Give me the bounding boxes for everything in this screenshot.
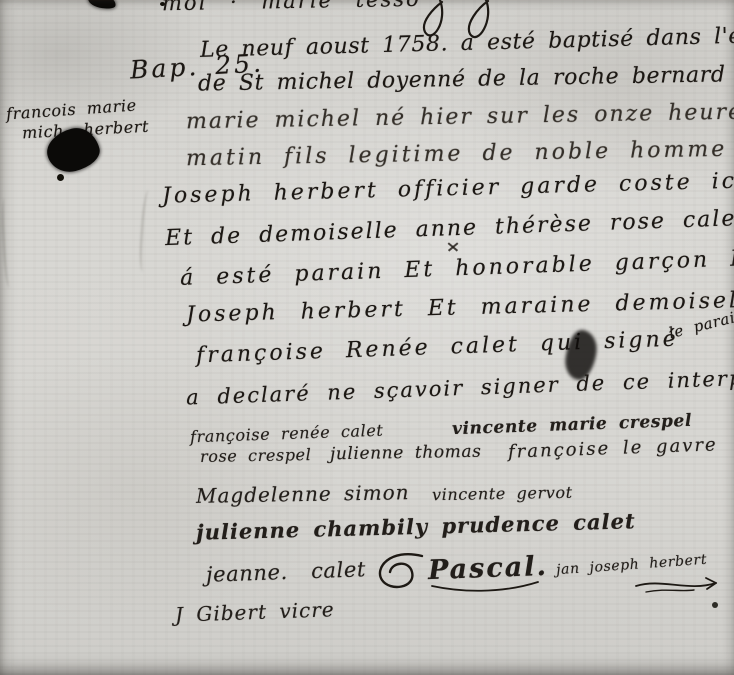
signature: françoise le gavre <box>508 434 718 462</box>
pen-flourish-before-pascal <box>372 550 427 602</box>
signature: Magdelenne simon <box>196 480 410 508</box>
previous-entry-fragment: moi · marie tesso <box>162 0 421 15</box>
signature: julienne chambily prudence calet <box>196 508 636 545</box>
handwritten-line: Joseph herbert officier garde coste icy <box>162 168 734 208</box>
signature: jeanne. calet <box>206 557 367 587</box>
ink-speck <box>57 174 64 181</box>
scanned-document-page: moi · marie tesso Bap. 25. francois mari… <box>0 0 734 675</box>
pen-flourish-arrow <box>636 576 732 596</box>
signature: rose crespel <box>200 445 312 466</box>
top-edge-ink-mark <box>87 0 117 11</box>
signature: julienne thomas <box>330 442 482 465</box>
handwritten-line: de St michel doyenné de la roche bernard… <box>198 60 734 96</box>
handwritten-line: marie michel né hier sur les onze heures… <box>186 99 734 135</box>
bleed-through-mark <box>138 190 156 273</box>
officiant-signature: J Gibert vicre <box>175 597 335 627</box>
signature: vincente gervot <box>432 483 573 504</box>
handwritten-line: Joseph herbert Et maraine demoiselle <box>186 287 734 327</box>
pen-flourish-pascal-tail <box>430 580 540 596</box>
bleed-through-mark <box>1 198 16 288</box>
handwritten-line: a declaré ne sçavoir signer de ce interp… <box>186 364 734 409</box>
handwritten-line: matin fils legitime de noble homme Jan <box>186 136 734 172</box>
signature: vincente marie crespel <box>452 411 693 439</box>
cross-mark <box>448 242 458 252</box>
signature: jan joseph herbert <box>556 552 708 579</box>
ink-speck <box>712 602 718 608</box>
handwritten-line: françoise Renée calet qui signé <box>196 327 679 369</box>
signature: françoise renée calet <box>190 421 384 447</box>
